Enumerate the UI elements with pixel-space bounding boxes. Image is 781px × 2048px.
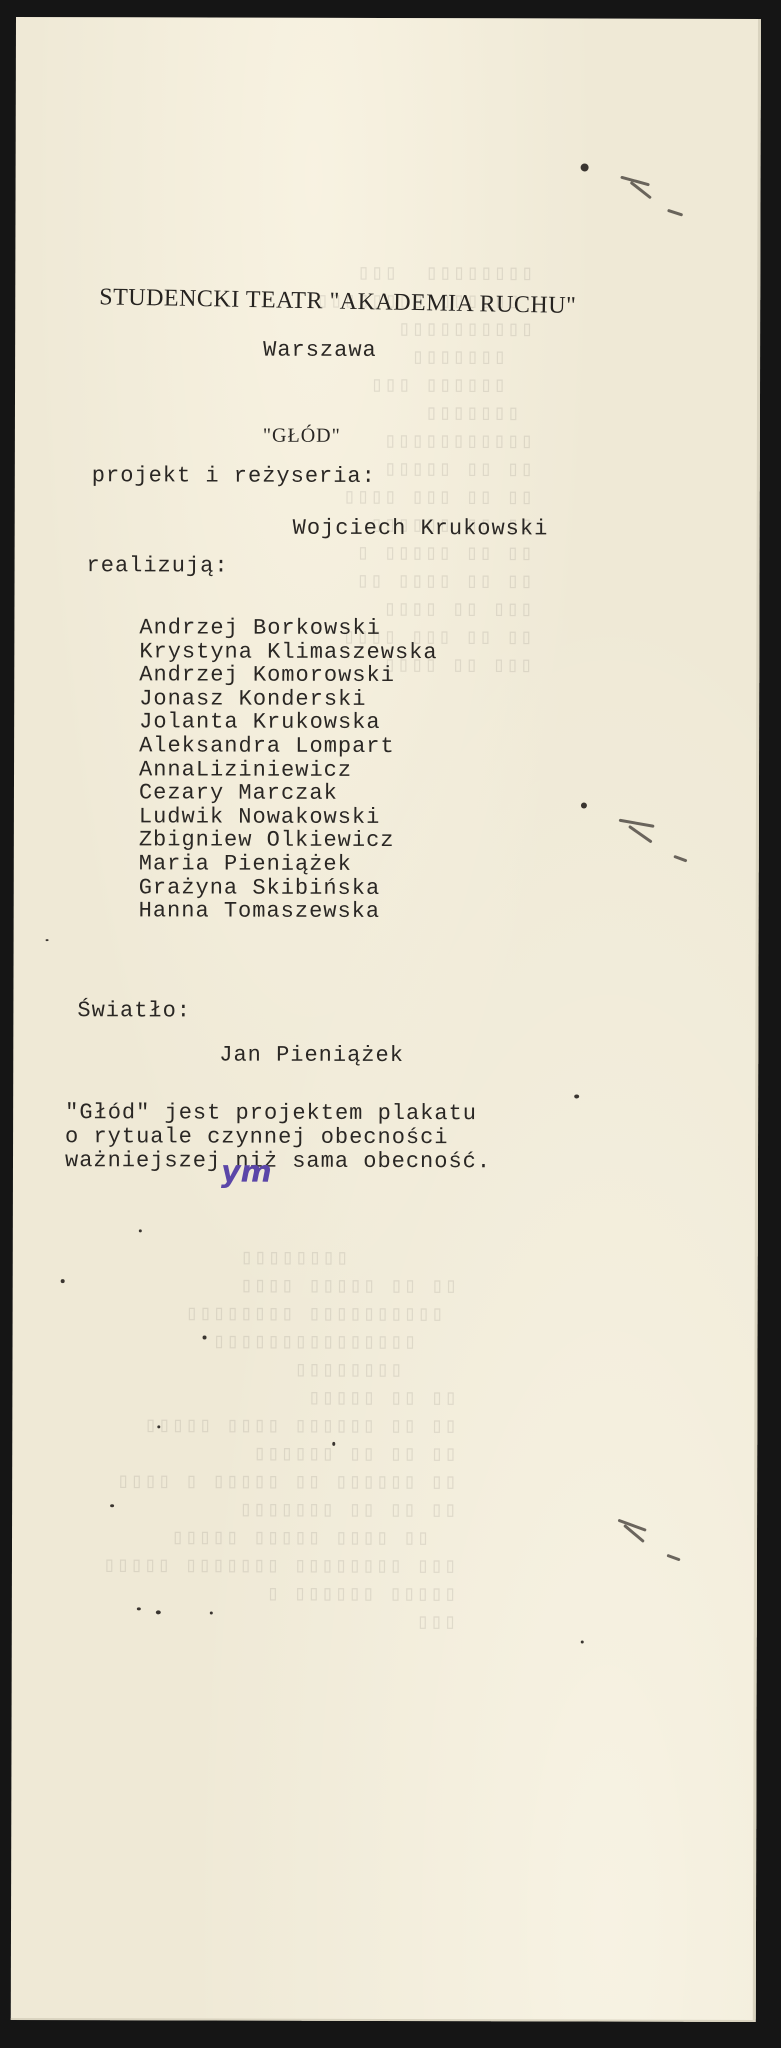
document-page: ▯▯▯▯▯▯▯▯ ▯▯▯ ▯▯▯▯▯▯ ▯▯▯▯▯▯▯▯ ▯▯▯▯▯▯▯▯▯▯ …	[11, 17, 761, 2022]
cast-name: Krystyna Klimaszewska	[139, 639, 437, 663]
description-line: ważniejszej niż sama obecność.	[65, 1150, 491, 1173]
staple-mark	[667, 209, 683, 217]
cast-name: Aleksandra Lompart	[139, 733, 437, 757]
speck	[157, 1425, 160, 1428]
speck	[203, 1335, 207, 1339]
speck	[156, 1610, 161, 1614]
cast-name: Jonasz Konderski	[139, 686, 437, 710]
staple-mark	[628, 825, 653, 844]
play-title: "GŁÓD"	[263, 426, 341, 446]
lighting-label: Światło:	[77, 1000, 191, 1022]
speck	[46, 939, 49, 941]
description-line: o rytuale czynnej obecności	[65, 1126, 449, 1149]
cast-name: Andrzej Komorowski	[139, 663, 437, 687]
speck	[110, 1504, 114, 1507]
lighting-name: Jan Pieniążek	[219, 1045, 404, 1067]
city-label: Warszawa	[263, 340, 377, 362]
speck	[210, 1612, 213, 1615]
cast-label: realizują:	[87, 555, 229, 577]
cast-name: Zbigniew Olkiewicz	[139, 828, 437, 852]
cast-name: Hanna Tomaszewska	[139, 898, 437, 922]
speck	[332, 1442, 335, 1446]
director-name: Wojciech Krukowski	[293, 518, 549, 541]
rust-spot	[581, 802, 587, 808]
cast-name: AnnaLiziniewicz	[139, 757, 437, 781]
staple-mark	[666, 1554, 680, 1562]
show-through-text-lower: ▯▯▯▯▯▯▯▯ ▯▯ ▯▯ ▯▯▯▯▯ ▯▯▯▯ ▯▯▯▯▯▯▯▯▯▯ ▯▯▯…	[102, 1217, 458, 1666]
rust-spot	[581, 163, 589, 171]
speck	[139, 1229, 142, 1232]
speck	[581, 1640, 584, 1643]
handwritten-correction: ym	[221, 1158, 272, 1188]
staple-mark	[619, 819, 655, 828]
staple-mark	[673, 855, 687, 863]
cast-name: Cezary Marczak	[139, 780, 437, 804]
cast-name: Maria Pieniążek	[139, 851, 437, 875]
cast-name: Jolanta Krukowska	[139, 710, 437, 734]
speck	[574, 1094, 579, 1098]
cast-list: Andrzej Borkowski Krystyna Klimaszewska …	[139, 615, 438, 922]
cast-name: Ludwik Nowakowski	[139, 804, 437, 828]
speck	[137, 1607, 141, 1610]
direction-label: projekt i reżyseria:	[92, 465, 376, 488]
speck	[61, 1279, 65, 1283]
description-line: "Głód" jest projektem plakatu	[65, 1102, 477, 1125]
cast-name: Andrzej Borkowski	[139, 615, 437, 639]
cast-name: Grażyna Skibińska	[139, 875, 437, 899]
